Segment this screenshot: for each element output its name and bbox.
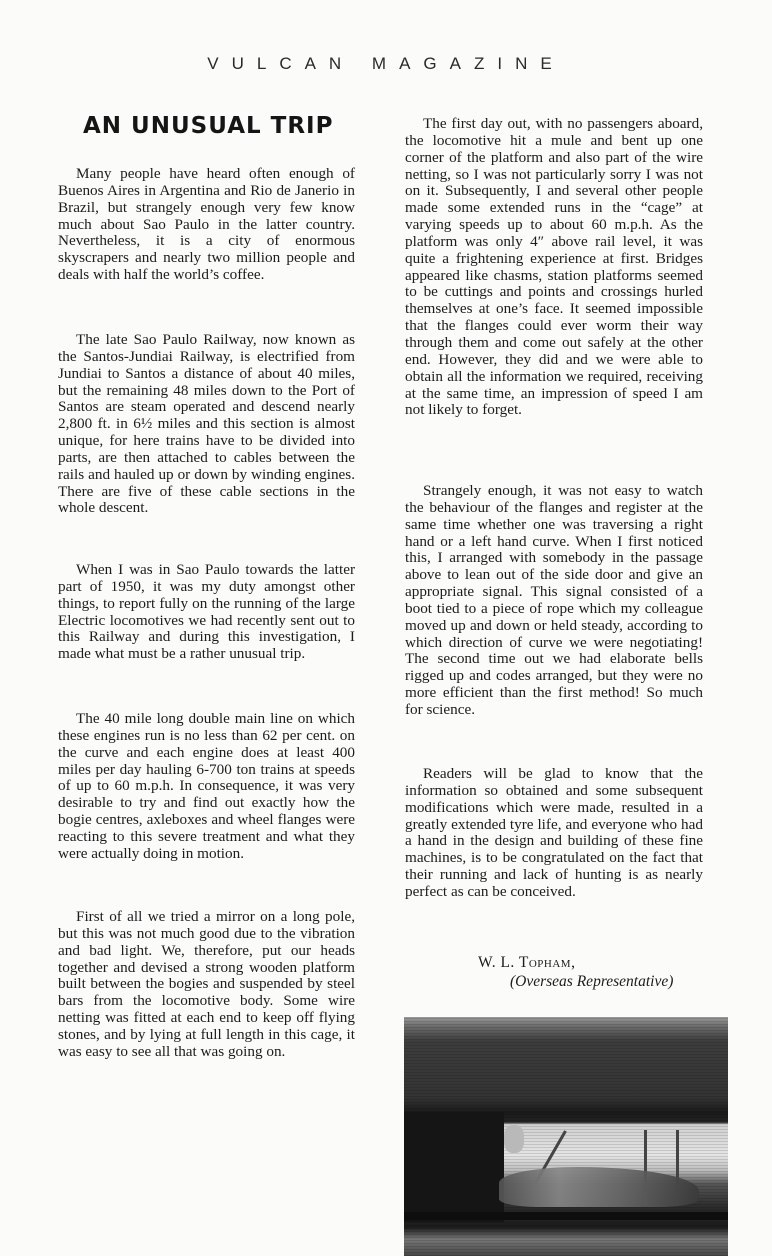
paragraph-flanges: Strangely enough, it was not easy to wat… (405, 483, 703, 719)
paragraph-readers: Readers will be glad to know that the in… (405, 766, 703, 901)
photo-figure-head (504, 1125, 524, 1153)
photo-platform-deck (404, 1212, 728, 1220)
paragraph-mirror: First of all we tried a mirror on a long… (58, 909, 355, 1061)
paragraph-intro: Many people have heard often enough of B… (58, 166, 355, 284)
photo-shadow (404, 1112, 504, 1222)
paragraph-first-day: The first day out, with no passengers ab… (405, 116, 703, 419)
photo-figure-body (499, 1167, 699, 1207)
paragraph-1950: When I was in Sao Paulo towards the latt… (58, 562, 355, 663)
masthead: VULCAN MAGAZINE (0, 54, 772, 74)
paragraph-railway: The late Sao Paulo Railway, now known as… (58, 332, 355, 517)
article-title: AN UNUSUAL TRIP (83, 113, 333, 139)
article-photo (404, 1017, 728, 1256)
signature-role: (Overseas Representative) (510, 973, 673, 991)
paragraph-main-line: The 40 mile long double main line on whi… (58, 711, 355, 863)
signature-name: W. L. Topham, (478, 954, 575, 972)
